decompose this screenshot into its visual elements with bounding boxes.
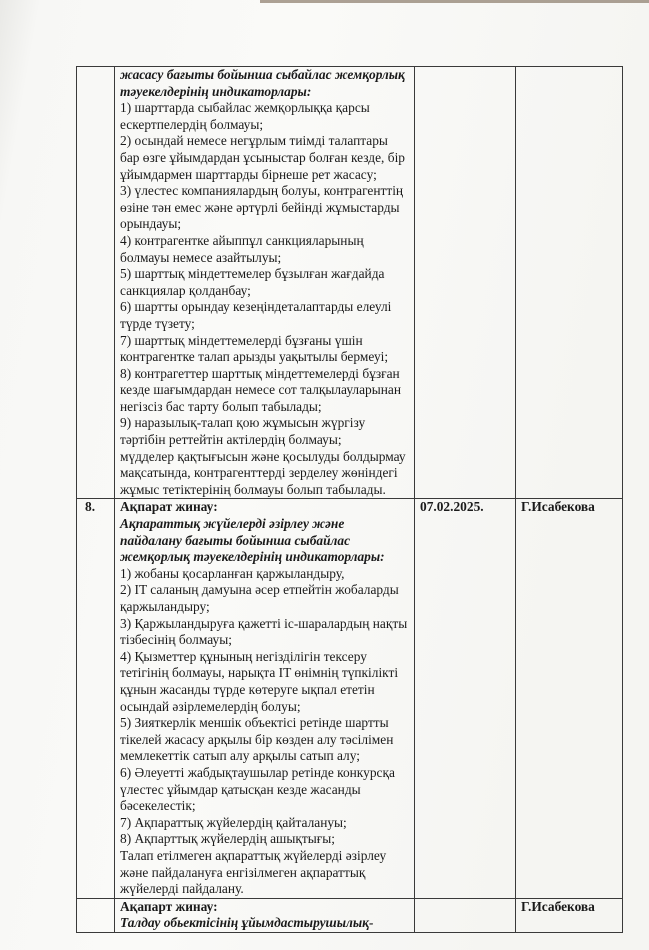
indicator-list: 1) шарттарда сыбайлас жемқорлыққа қарсы … (120, 100, 409, 498)
indicator-item: 1) шарттарда сыбайлас жемқорлыққа қарсы … (120, 100, 409, 133)
row-content: Ақапарт жинау: Талдау обьектісінің ұйымд… (115, 898, 415, 932)
row-date (415, 898, 516, 932)
indicator-item: 8) контрагеттер шарттық міндеттемелерді … (120, 366, 409, 416)
row-number: 8. (77, 499, 115, 898)
page-edge (260, 0, 649, 3)
indicator-item: 6) шартты орындау кезеңіндеталаптарды ел… (120, 299, 409, 332)
indicator-item: 1) жобаны қосарланған қаржыландыру, (120, 566, 409, 583)
indicator-item: 3) үлестес компаниялардың болуы, контраг… (120, 183, 409, 233)
indicator-item: 4) контрагентке айыппұл санкцияларының б… (120, 233, 409, 266)
row-subheading: Талдау обьектісінің ұйымдастырушылық- (120, 915, 409, 932)
row-content: жасасу бағыты бойынша сыбайлас жемқорлық… (115, 67, 415, 499)
indicator-item: мүдделер қақтығысын және қосылуды болдыр… (120, 449, 409, 499)
row-responsible (516, 67, 623, 499)
indicator-item: 9) наразылық-талап қою жұмысын жүргізу т… (120, 415, 409, 448)
row-subheading: Ақпараттық жүйелерді әзірлеу және пайдал… (120, 516, 409, 566)
table-row: Ақапарт жинау: Талдау обьектісінің ұйымд… (77, 898, 623, 932)
row-responsible: Г.Исабекова (516, 499, 623, 898)
measures-table: жасасу бағыты бойынша сыбайлас жемқорлық… (76, 66, 623, 933)
indicator-item: 5) шарттық міндеттемелер бұзылған жағдай… (120, 266, 409, 299)
row-date: 07.02.2025. (415, 499, 516, 898)
row-content: Ақпарат жинау: Ақпараттық жүйелерді әзір… (115, 499, 415, 898)
row-responsible: Г.Исабекова (516, 898, 623, 932)
row-heading: Ақпарат жинау: (120, 499, 409, 516)
indicator-item: 4) Қызметтер құнының негізділігін тексер… (120, 649, 409, 715)
indicator-item: 3) Қаржыландыруға қажетті іс-шаралардың … (120, 616, 409, 649)
table-row: 8. Ақпарат жинау: Ақпараттық жүйелерді ә… (77, 499, 623, 898)
indicator-item: 7) Ақпараттық жүйелердің қайталануы; (120, 815, 409, 832)
row-subheading: жасасу бағыты бойынша сыбайлас жемқорлық… (120, 67, 409, 100)
table-row: жасасу бағыты бойынша сыбайлас жемқорлық… (77, 67, 623, 499)
indicator-item: Талап етілмеген ақпараттық жүйелерді әзі… (120, 848, 409, 898)
indicator-item: 5) Зияткерлік меншік объектісі ретінде ш… (120, 715, 409, 765)
row-number (77, 67, 115, 499)
indicator-item: 2) осындай немесе негұрлым тиімді талапт… (120, 133, 409, 183)
indicator-list: 1) жобаны қосарланған қаржыландыру,2) IT… (120, 566, 409, 898)
row-heading: Ақапарт жинау: (120, 899, 409, 916)
row-number (77, 898, 115, 932)
indicator-item: 2) IT саланың дамуына әсер етпейтін жоба… (120, 582, 409, 615)
indicator-item: 7) шарттық міндеттемелерді бұзғаны үшін … (120, 333, 409, 366)
indicator-item: 8) Ақпарттық жүйелердің ашықтығы; (120, 831, 409, 848)
indicator-item: 6) Әлеуетті жабдықтаушылар ретінде конку… (120, 765, 409, 815)
row-date (415, 67, 516, 499)
